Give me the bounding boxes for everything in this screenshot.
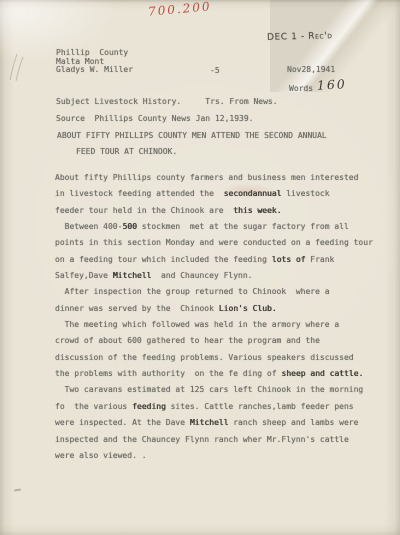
typed-line: discussion of the feeding problems. Vari… [55,350,395,366]
typed-line: The meeting which followed was held in t… [55,317,395,333]
received-date-stamp: DEC 1 - Rec'd [267,31,333,43]
typed-line: feeder tour held in the Chinook are this… [55,203,395,219]
subject-line: Subject Livestock History. Trs. From New… [56,97,278,106]
typed-line: After inspection the group returned to C… [55,284,395,300]
typed-line: Salfey,Dave Mitchell and Chauncey Flynn. [55,268,395,284]
typed-line: crowd of about 600 gathered to hear the … [55,333,395,349]
typed-line: Two caravans estimated at 125 cars left … [55,382,395,398]
address-block: Phillip County Malta Mont Gladys W. Mill… [56,49,133,75]
source-line: Source Phillips County News Jan 12,1939. [56,114,253,123]
pencil-mark [4,50,28,84]
typed-line: inspected and the Chauncey Flynn ranch w… [55,432,395,448]
paper-speck [14,489,21,492]
typed-line: fo the various feeding sites. Cattle ran… [55,399,395,415]
typed-line: in livestock feeding attended the second… [55,186,395,202]
date: Nov28,1941 [287,65,335,74]
typed-line: on a feeding tour which included the fee… [55,252,395,268]
typed-line: the problems with authority on the fe di… [55,366,395,382]
typed-line: were also viewed. . [55,448,395,464]
word-count: Words160 [289,79,347,94]
headline-line-1: ABOUT FIFTY PHILLIPS COUNTY MEN ATTEND T… [57,131,327,140]
headline-line-2: FEED TOUR AT CHINOOK. [76,147,177,156]
typed-line: were inspected. At the Dave Mitchell ran… [55,415,395,431]
handwritten-word-count: 160 [317,76,348,93]
author-line: Gladys W. Miller [56,66,133,75]
typed-line: About fifty Phillips county farmers and … [55,170,395,186]
typed-line: Between 400-500 stockmen met at the suga… [55,219,395,235]
scanned-document-page: 700.200 DEC 1 - Rec'd Phillip County Mal… [0,0,400,535]
typed-line: dinner was served by the Chinook Lion's … [55,301,395,317]
typed-line: points in this section Monday and were c… [55,235,395,251]
document-body: About fifty Phillips county farmers and … [55,170,395,464]
handwritten-file-number: 700.200 [148,0,213,19]
page-number: -5 [210,66,220,75]
word-count-label: Words [289,84,313,93]
